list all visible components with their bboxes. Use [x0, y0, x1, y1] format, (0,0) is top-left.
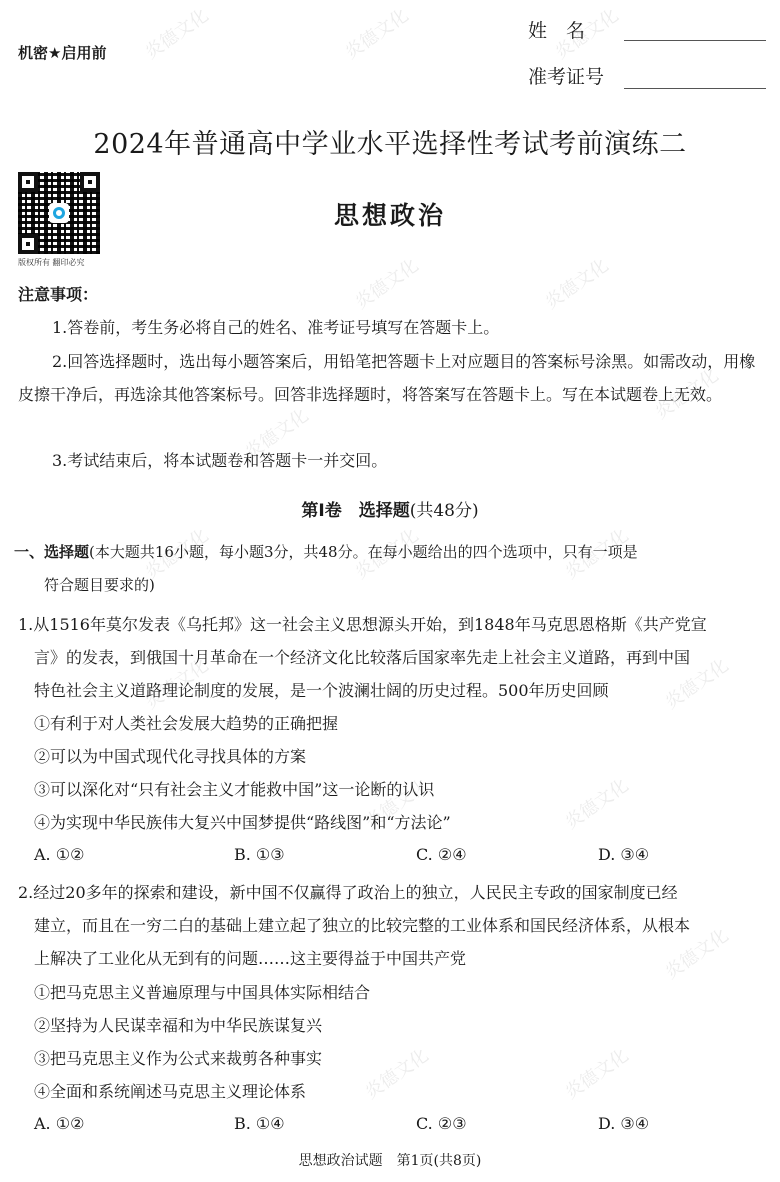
exam-id-label: 准考证号: [528, 62, 604, 89]
section-title-bold: 第Ⅰ卷 选择题: [301, 501, 409, 521]
question-1-statement: ①有利于对人类社会发展大趋势的正确把握: [34, 711, 338, 734]
question-2-option-a[interactable]: A. ①②: [34, 1114, 84, 1133]
watermark: 炎德文化: [539, 252, 613, 315]
page-title: 2024年普通高中学业水平选择性考试考前演练二: [0, 122, 780, 161]
question-1-option-b[interactable]: B. ①③: [234, 845, 285, 864]
question-1-option-d[interactable]: D. ③④: [598, 845, 649, 864]
section-title-score: (共48分): [410, 501, 479, 521]
question-2-statement: ②坚持为人民谋幸福和为中华民族谋复兴: [34, 1013, 322, 1036]
watermark: 炎德文化: [349, 252, 423, 315]
notice-item: 3.考试结束后，将本试题卷和答题卡一并交回。: [52, 444, 387, 477]
question-1-option-a[interactable]: A. ①②: [34, 845, 84, 864]
question-1-stem: 特色社会主义道路理论制度的发展，是一个波澜壮阔的历史过程。500年历史回顾: [34, 678, 609, 701]
question-2-option-c[interactable]: C. ②③: [416, 1114, 467, 1133]
question-1-option-c[interactable]: C. ②④: [416, 845, 467, 864]
watermark: 炎德文化: [559, 772, 633, 835]
watermark: 炎德文化: [339, 2, 413, 65]
qr-finder: [18, 234, 38, 254]
qr-finder: [18, 172, 38, 192]
copyright-caption: 版权所有 翻印必究: [18, 257, 85, 268]
question-2-statement: ①把马克思主义普遍原理与中国具体实际相结合: [34, 980, 370, 1003]
exam-id-field[interactable]: [624, 88, 766, 89]
question-1-statement: ②可以为中国式现代化寻找具体的方案: [34, 744, 306, 767]
page-footer: 思想政治试题 第1页(共8页): [0, 1150, 780, 1170]
confidential-label: 机密★启用前: [18, 42, 106, 63]
question-2-option-b[interactable]: B. ①④: [234, 1114, 285, 1133]
notice-item: 1.答卷前，考生务必将自己的姓名、准考证号填写在答题卡上。: [52, 311, 499, 344]
question-2-statement: ④全面和系统阐述马克思主义理论体系: [34, 1079, 306, 1102]
watermark: 炎德文化: [359, 1042, 433, 1105]
notice-heading: 注意事项：: [18, 282, 98, 305]
question-1-statement: ③可以深化对“只有社会主义才能救中国”这一论断的认识: [34, 777, 434, 800]
question-2-statement: ③把马克思主义作为公式来裁剪各种事实: [34, 1046, 322, 1069]
part-desc-cont: 符合题目要求的): [44, 574, 155, 595]
part-label: 一、选择题: [14, 543, 89, 561]
watermark: 炎德文化: [559, 1042, 633, 1105]
question-1-statement: ④为实现中华民族伟大复兴中国梦提供“路线图”和“方法论”: [34, 810, 451, 833]
question-2-stem: 2.经过20多年的探索和建设，新中国不仅赢得了政治上的独立，人民民主专政的国家制…: [18, 880, 678, 903]
name-label: 姓 名: [528, 16, 585, 43]
question-1-stem: 言》的发表，到俄国十月革命在一个经济文化比较落后国家率先走上社会主义道路，再到中…: [34, 645, 690, 668]
question-2-stem: 上解决了工业化从无到有的问题……这主要得益于中国共产党: [34, 946, 466, 969]
watermark: 炎德文化: [139, 2, 213, 65]
part-desc: (本大题共16小题，每小题3分，共48分。在每小题给出的四个选项中，只有一项是: [89, 543, 638, 561]
subject-title: 思想政治: [0, 196, 780, 232]
part-heading: 一、选择题(本大题共16小题，每小题3分，共48分。在每小题给出的四个选项中，只…: [14, 541, 638, 562]
question-1-stem: 1.从1516年莫尔发表《乌托邦》这一社会主义思想源头开始，到1848年马克思恩…: [18, 612, 707, 635]
name-field[interactable]: [624, 40, 766, 41]
section-title: 第Ⅰ卷 选择题(共48分): [0, 496, 780, 521]
qr-finder: [80, 172, 100, 192]
question-2-stem: 建立，而且在一穷二白的基础上建立起了独立的比较完整的工业体系和国民经济体系，从根…: [34, 913, 690, 936]
question-2-option-d[interactable]: D. ③④: [598, 1114, 649, 1133]
notice-item: 2.回答选择题时，选出每小题答案后，用铅笔把答题卡上对应题目的答案标号涂黑。如需…: [18, 345, 766, 411]
